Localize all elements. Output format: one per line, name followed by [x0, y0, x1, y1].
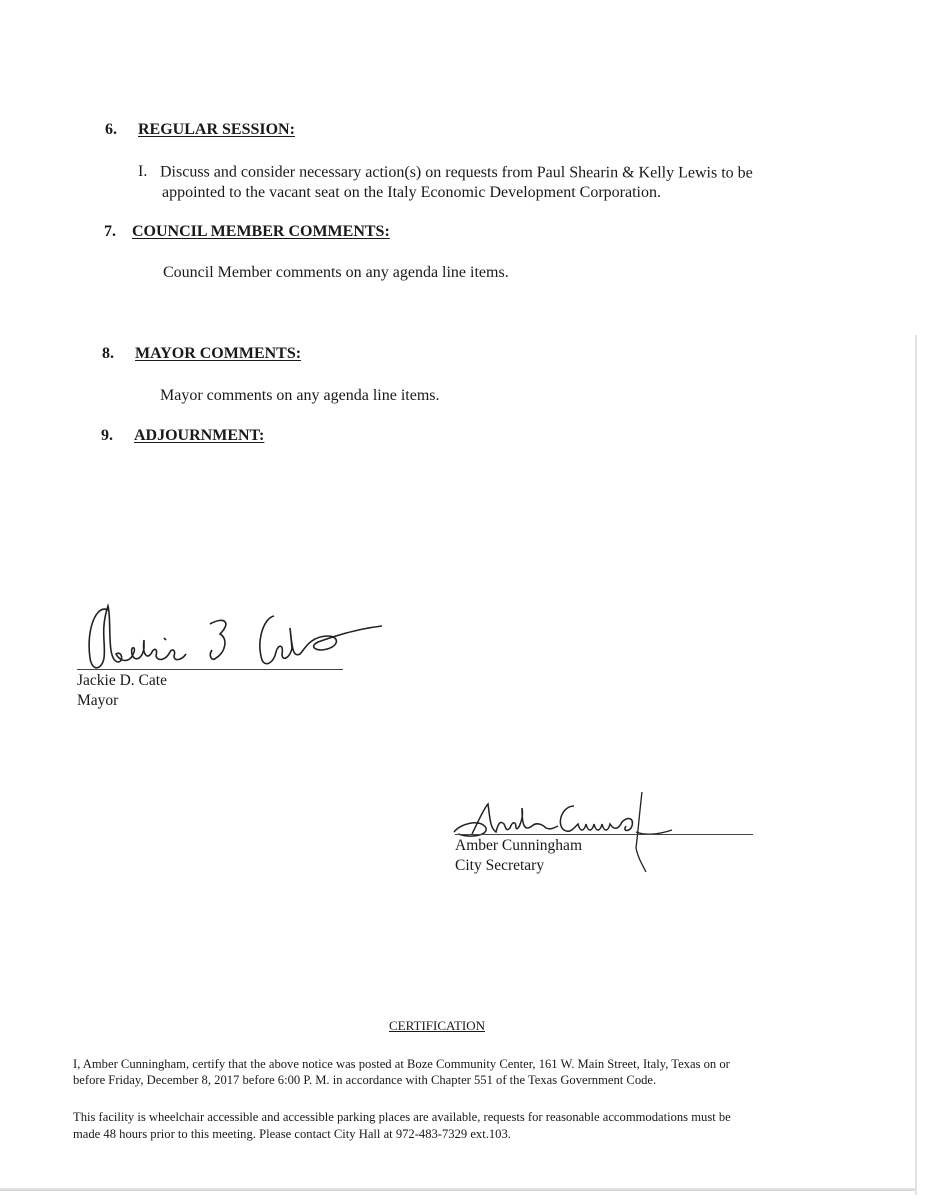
section-9-title: ADJOURNMENT:	[134, 427, 264, 445]
section-8-title: MAYOR COMMENTS:	[135, 345, 301, 363]
section-8-body: Mayor comments on any agenda line items.	[160, 387, 439, 405]
section-6-item-marker: I.	[138, 163, 147, 181]
section-7-body: Council Member comments on any agenda li…	[163, 264, 509, 282]
mayor-signature	[78, 600, 398, 680]
accessibility-paragraph-line-1: This facility is wheelchair accessible a…	[73, 1109, 731, 1125]
scan-page-edge-right	[915, 335, 917, 1195]
section-9-number: 9.	[101, 427, 113, 445]
section-8-number: 8.	[102, 345, 114, 363]
scan-page-edge-bottom	[0, 1188, 915, 1191]
section-7-number: 7.	[104, 223, 116, 241]
section-6-title: REGULAR SESSION:	[138, 121, 295, 139]
section-7-title: COUNCIL MEMBER COMMENTS:	[132, 223, 390, 241]
section-6-item-line2: appointed to the vacant seat on the Ital…	[162, 184, 661, 202]
secretary-signature-line	[455, 834, 753, 835]
secretary-title: City Secretary	[455, 857, 544, 875]
certification-heading: CERTIFICATION	[389, 1018, 485, 1034]
section-6-number: 6.	[105, 121, 117, 139]
mayor-signature-line	[77, 669, 343, 670]
secretary-name: Amber Cunningham	[455, 837, 582, 855]
accessibility-paragraph-line-2: made 48 hours prior to this meeting. Ple…	[73, 1126, 511, 1142]
mayor-title: Mayor	[77, 692, 118, 710]
certification-paragraph-1-line-1: I, Amber Cunningham, certify that the ab…	[73, 1056, 730, 1072]
certification-paragraph-1-line-2: before Friday, December 8, 2017 before 6…	[73, 1072, 656, 1088]
mayor-name: Jackie D. Cate	[77, 672, 167, 690]
section-6-item-line1: Discuss and consider necessary action(s)…	[160, 163, 753, 182]
